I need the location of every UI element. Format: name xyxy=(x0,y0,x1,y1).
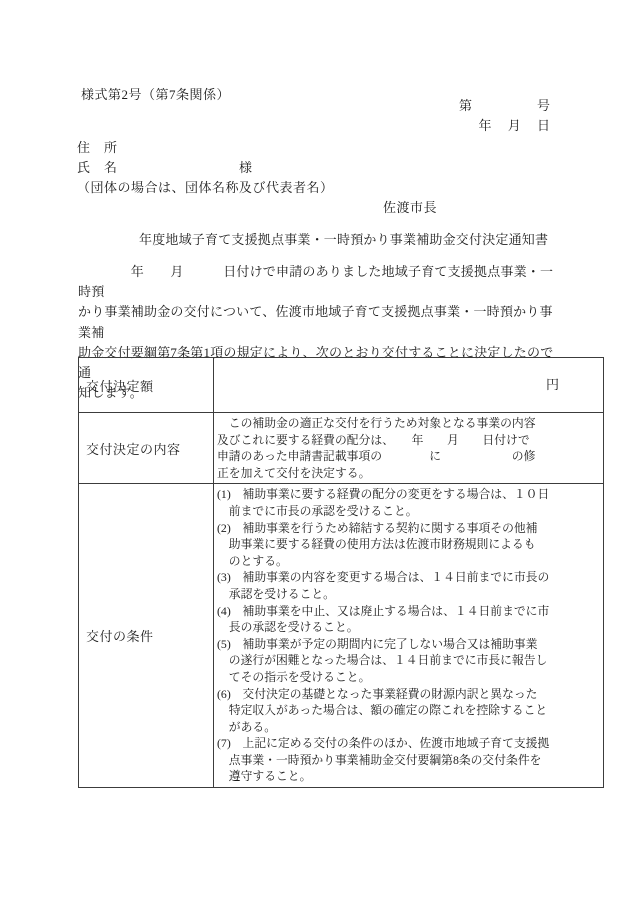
condition-item: (4) 補助事業を中止、又は廃止する場合は、１４日前までに市 長の承認を受けるこ… xyxy=(217,603,600,636)
condition-item: (2) 補助事業を行うため締結する契約に関する事項その他補 助事業に要する経費の… xyxy=(217,520,600,570)
document-date-line: 年 月 日 xyxy=(459,116,550,136)
amount-label-cell: 交付決定額 xyxy=(79,358,214,413)
table-row-amount: 交付決定額 円 xyxy=(79,358,604,413)
recipient-block: 住 所 氏 名 様 （団体の場合は、団体名称及び代表者名） xyxy=(77,138,334,198)
condition-item: (5) 補助事業が予定の期間内に完了しない場合又は補助事業 の遂行が困難となった… xyxy=(217,636,600,686)
conditions-value-cell: (1) 補助事業に要する経費の配分の変更をする場合は、１０日 前までに市長の承認… xyxy=(214,484,604,788)
form-number-label: 様式第2号（第7条関係） xyxy=(81,84,230,103)
decision-content-value-cell: この補助金の適正な交付を行うため対象となる事業の内容 及びこれに要する経費の配分… xyxy=(214,413,604,484)
condition-item: (1) 補助事業に要する経費の配分の変更をする場合は、１０日 前までに市長の承認… xyxy=(217,486,600,519)
recipient-name-line: 氏 名 様 xyxy=(77,158,334,178)
condition-item: (3) 補助事業の内容を変更する場合は、１４日前までに市長の 承認を受けること。 xyxy=(217,569,600,602)
decision-content-label-cell: 交付決定の内容 xyxy=(79,413,214,484)
condition-item: (7) 上記に定める交付の条件のほか、佐渡市地域子育て支援拠 点事業・一時預かり… xyxy=(217,735,600,785)
document-page: 様式第2号（第7条関係） 第 号 年 月 日 住 所 氏 名 様 （団体の場合は… xyxy=(0,0,630,903)
recipient-group-note: （団体の場合は、団体名称及び代表者名） xyxy=(77,178,334,198)
grant-decision-table: 交付決定額 円 交付決定の内容 この補助金の適正な交付を行うため対象となる事業の… xyxy=(78,357,604,788)
document-number-line: 第 号 xyxy=(459,96,550,116)
recipient-address-label: 住 所 xyxy=(77,138,334,158)
condition-item: (6) 交付決定の基礎となった事業経費の財源内訳と異なった 特定収入があった場合… xyxy=(217,686,600,736)
sender-name: 佐渡市長 xyxy=(383,197,437,216)
table-row-decision-content: 交付決定の内容 この補助金の適正な交付を行うため対象となる事業の内容 及びこれに… xyxy=(79,413,604,484)
conditions-label-cell: 交付の条件 xyxy=(79,484,214,788)
document-title: 年度地域子育て支援拠点事業・一時預かり事業補助金交付決定通知書 xyxy=(139,229,548,248)
document-number-block: 第 号 年 月 日 xyxy=(459,96,550,136)
amount-value-cell: 円 xyxy=(214,358,604,413)
table-row-conditions: 交付の条件 (1) 補助事業に要する経費の配分の変更をする場合は、１０日 前まで… xyxy=(79,484,604,788)
